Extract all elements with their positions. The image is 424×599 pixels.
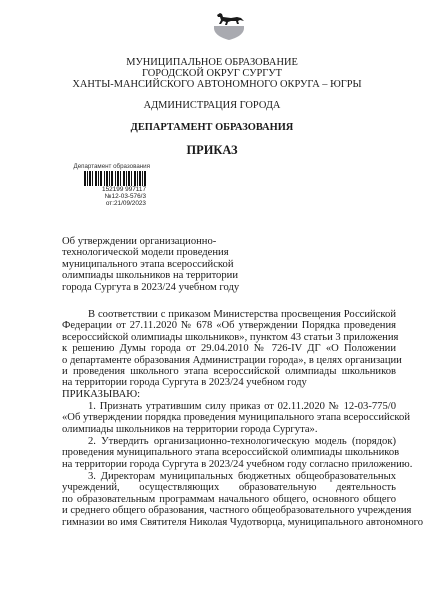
text-line: 1. Признать утратившим силу приказ от 02… [62,401,396,412]
stamp-organization: Департамент образования [64,163,150,170]
administration-title: АДМИНИСТРАЦИЯ ГОРОДА [0,100,424,111]
text-line: 2. Утвердить организационно-технологичес… [62,436,396,447]
subject-line: Об утверждении организационно- [62,236,262,247]
order-item-1: 1. Признать утратившим силу приказ от 02… [62,401,396,435]
text-line: на территории города Сургута в 2023/24 у… [62,459,396,470]
subject-line: олимпиады школьников на территории [62,270,262,281]
order-item-2: 2. Утвердить организационно-технологичес… [62,436,396,470]
preamble-paragraph: В соответствии с приказом Министерства п… [62,309,396,400]
text-line: к решению Думы города от 29.04.2010 № 72… [62,343,396,354]
text-line: В соответствии с приказом Министерства п… [62,309,396,320]
municipality-line-1: МУНИЦИПАЛЬНОЕ ОБРАЗОВАНИЕ [0,57,424,68]
text-line: «Об утверждении порядка проведения муниц… [62,412,396,423]
text-line: о департаменте образования Администрации… [62,355,396,366]
text-line: 3. Директорам муниципальных бюджетных об… [62,471,396,482]
text-line: на территории города Сургута в 2023/24 у… [62,377,396,388]
order-subject: Об утверждении организационно- технологи… [62,236,262,293]
text-line: и проведения школьного этапа всероссийск… [62,366,396,377]
barcode-number: 152199 997117 [64,186,150,193]
text-line: всероссийской олимпиады школьников», пун… [62,332,396,343]
order-item-3: 3. Директорам муниципальных бюджетных об… [62,471,396,528]
text-line: по образовательным программам начального… [62,494,396,505]
text-line: учреждений, осуществляющих образовательн… [62,482,396,493]
order-word: ПРИКАЗЫВАЮ: [62,389,396,400]
department-title: ДЕПАРТАМЕНТ ОБРАЗОВАНИЯ [0,122,424,133]
municipality-line-2: ГОРОДСКОЙ ОКРУГ СУРГУТ [0,68,424,79]
subject-line: города Сургута в 2023/24 учебном году [62,282,262,293]
subject-line: технологической модели проведения [62,247,262,258]
document-type-title: ПРИКАЗ [0,143,424,158]
text-line: и среднего общего образования, частного … [62,505,396,516]
text-line: гимназии во имя Святителя Николая Чудотв… [62,517,396,528]
municipality-line-3: ХАНТЫ-МАНСИЙСКОГО АВТОНОМНОГО ОКРУГА – Ю… [5,79,424,90]
registration-number: №12-03-576/3 [64,193,150,200]
registration-date: от:21/09/2023 [64,200,150,207]
coat-of-arms-icon [211,7,247,41]
text-line: олимпиады школьников на территории город… [62,424,396,435]
text-line: Федерации от 27.11.2020 № 678 «Об утверж… [62,320,396,331]
subject-line: муниципального этапа всероссийской [62,259,262,270]
registration-stamp: Департамент образования 152199 997117 №1… [64,163,150,207]
text-line: проведения муниципального этапа всеросси… [62,447,396,458]
barcode [84,171,146,186]
